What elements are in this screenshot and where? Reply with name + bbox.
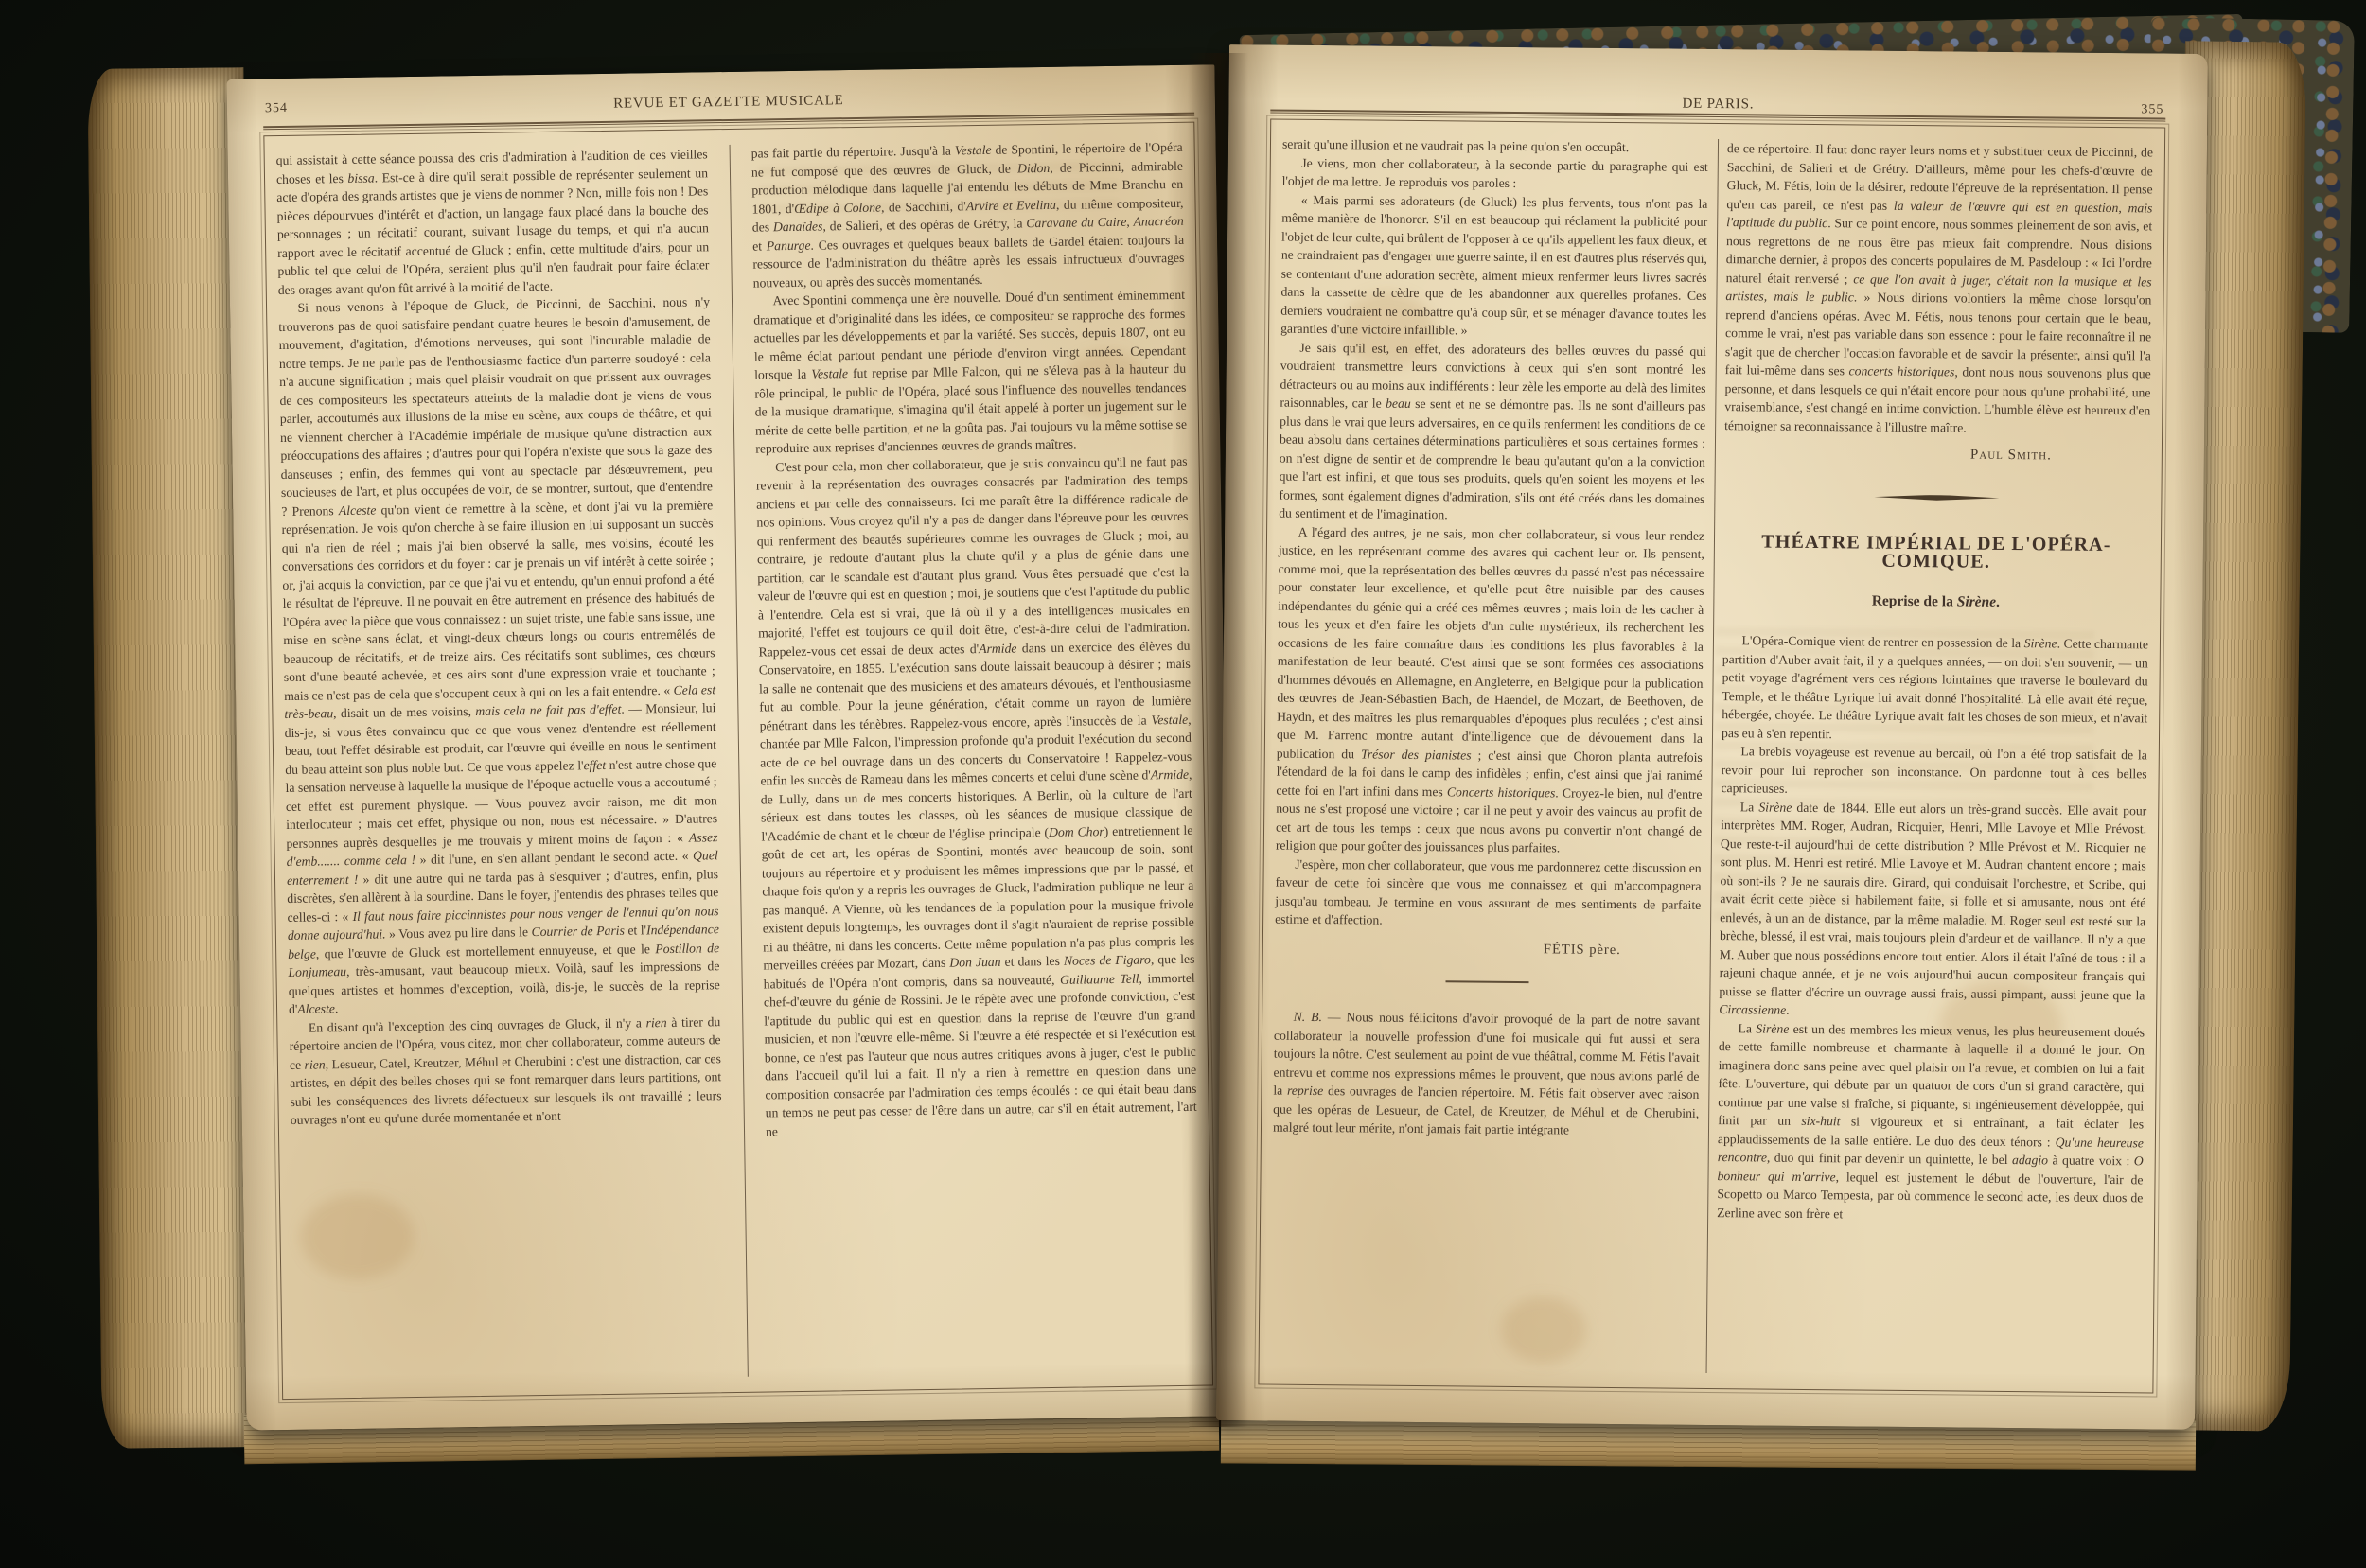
paper-stain bbox=[1501, 1296, 1587, 1364]
paragraph: Je sais qu'il est, en effet, des adorate… bbox=[1279, 338, 1706, 526]
text-column-2: pas fait partie du répertoire. Jusqu'à l… bbox=[751, 138, 1201, 1377]
page-left: 354 REVUE ET GAZETTE MUSICALE qui assist… bbox=[226, 64, 1234, 1430]
paragraph: serait qu'une illusion et ne vaudrait pa… bbox=[1282, 135, 1708, 158]
page-number: 355 bbox=[2141, 102, 2163, 117]
paragraph: « Mais parmi ses adorateurs (de Gluck) l… bbox=[1280, 190, 1707, 342]
section-subheading: Reprise de la Sirène. bbox=[1722, 590, 2148, 613]
editorial-body: de ce répertoire. Il faut donc rayer leu… bbox=[1724, 139, 2153, 438]
paragraph: de ce répertoire. Il faut donc rayer leu… bbox=[1724, 139, 2153, 438]
paragraph: La brebis voyageuse est revenue au berca… bbox=[1721, 742, 2147, 802]
page-number: 354 bbox=[265, 101, 288, 116]
text-frame: qui assistait à cette séance poussa des … bbox=[263, 122, 1213, 1400]
paper-stain bbox=[1064, 349, 1150, 416]
paragraph: qui assistait à cette séance poussa des … bbox=[276, 145, 710, 299]
header-rule bbox=[1270, 109, 2165, 121]
paragraph: La Sirène est un des membres les mieux v… bbox=[1717, 1019, 2145, 1226]
spindle-rule bbox=[1874, 494, 1999, 501]
paragraph: L'Opéra-Comique vient de rentrer en poss… bbox=[1722, 631, 2148, 746]
paragraph: La Sirène date de 1844. Elle eut alors u… bbox=[1719, 798, 2146, 1023]
letter-body: serait qu'une illusion et ne vaudrait pa… bbox=[1275, 135, 1708, 933]
paragraph: A l'égard des autres, je ne sais, mon ch… bbox=[1276, 522, 1704, 858]
paragraph: Je viens, mon cher collaborateur, à la s… bbox=[1282, 153, 1708, 194]
page-right-content: DE PARIS. 355 serait qu'une illusion et … bbox=[1258, 82, 2165, 1393]
paper-stain bbox=[1939, 978, 2063, 1074]
running-head: DE PARIS. 355 bbox=[1270, 82, 2165, 117]
section-heading: THÉATRE IMPÉRIAL DE L'OPÉRA-COMIQUE. bbox=[1723, 533, 2149, 573]
page-right: DE PARIS. 355 serait qu'une illusion et … bbox=[1216, 44, 2208, 1430]
text-column-1: qui assistait à cette séance poussa des … bbox=[276, 145, 726, 1383]
paper-stain bbox=[300, 1193, 415, 1280]
paper-stain bbox=[1340, 291, 1436, 368]
editor-note: N. B. — Nous nous félicitons d'avoir pro… bbox=[1273, 1008, 1700, 1141]
book-scan-scene: 354 REVUE ET GAZETTE MUSICALE qui assist… bbox=[0, 0, 2366, 1568]
text-column-1: serait qu'une illusion et ne vaudrait pa… bbox=[1271, 135, 1708, 1373]
paragraph: J'espère, mon cher collaborateur, que vo… bbox=[1275, 854, 1702, 932]
paragraph: C'est pour cela, mon cher collaborateur,… bbox=[755, 451, 1197, 1140]
bleed-through bbox=[758, 151, 1119, 214]
signature-paul-smith: Paul Smith. bbox=[1724, 444, 2150, 467]
header-rule bbox=[263, 113, 1194, 131]
article-body: L'Opéra-Comique vient de rentrer en poss… bbox=[1717, 631, 2148, 1225]
running-head-title: DE PARIS. bbox=[1270, 92, 2165, 116]
signature-fetis: FÉTIS père. bbox=[1275, 938, 1701, 960]
paragraph: pas fait partie du répertoire. Jusqu'à l… bbox=[751, 138, 1185, 292]
running-head-title: REVUE ET GAZETTE MUSICALE bbox=[263, 88, 1194, 118]
separator-rule bbox=[1445, 980, 1528, 983]
paragraph: Si nous venons à l'époque de Gluck, de P… bbox=[278, 292, 720, 1018]
paragraph: N. B. — Nous nous félicitons d'avoir pro… bbox=[1273, 1008, 1700, 1141]
text-frame: serait qu'une illusion et ne vaudrait pa… bbox=[1258, 118, 2165, 1393]
column-divider-rule bbox=[1705, 139, 1719, 1373]
column-divider-rule bbox=[729, 145, 748, 1377]
bleed-through bbox=[1713, 617, 2094, 924]
paragraph: En disant qu'à l'exception des cinq ouvr… bbox=[289, 1013, 722, 1130]
page-left-content: 354 REVUE ET GAZETTE MUSICALE qui assist… bbox=[263, 86, 1213, 1400]
running-head: 354 REVUE ET GAZETTE MUSICALE bbox=[263, 86, 1194, 127]
text-column-2: de ce répertoire. Il faut donc rayer leu… bbox=[1716, 139, 2153, 1377]
paragraph: Avec Spontini commença une ère nouvelle.… bbox=[753, 286, 1188, 458]
